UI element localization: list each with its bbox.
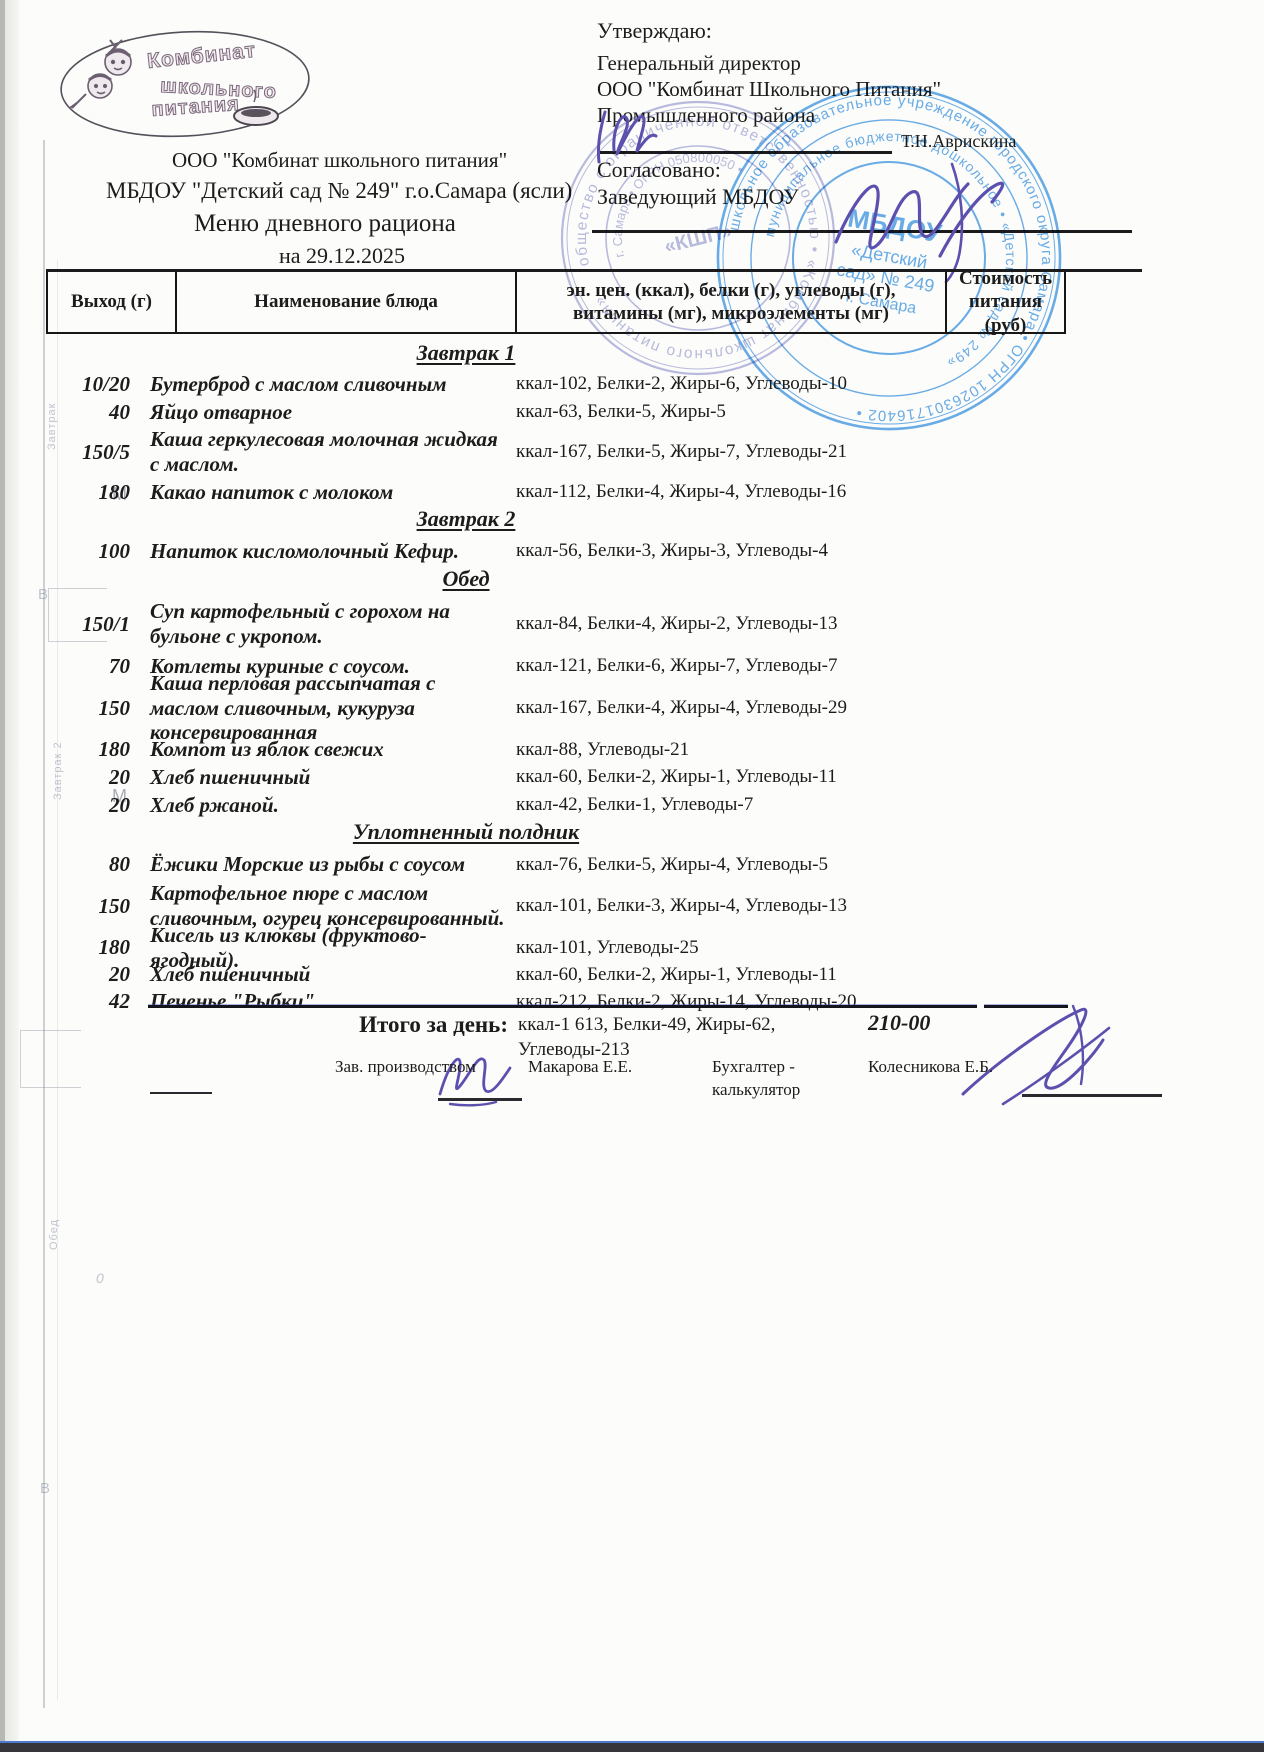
dish-weight: 42 <box>46 989 146 1014</box>
dish-nutrition: ккал-101, Белки-3, Жиры-4, Углеводы-13 <box>506 895 946 917</box>
footer-blank-line <box>150 1092 212 1094</box>
document-title: Меню дневного рациона <box>194 210 456 238</box>
dish-weight: 150 <box>46 894 146 919</box>
daily-total-label: Итого за день: <box>46 1012 508 1038</box>
dish-weight: 180 <box>46 737 146 762</box>
dish-weight: 40 <box>46 400 146 425</box>
dish-nutrition: ккал-88, Углеводы-21 <box>506 739 946 761</box>
dish-nutrition: ккал-167, Белки-4, Жиры-4, Углеводы-29 <box>506 697 946 719</box>
dish-nutrition: ккал-121, Белки-6, Жиры-7, Углеводы-7 <box>506 655 946 677</box>
dish-nutrition: ккал-101, Углеводы-25 <box>506 937 946 959</box>
section-title-lunch: Обед <box>46 566 886 596</box>
dish-weight: 20 <box>46 962 146 987</box>
signature-director <box>592 104 672 168</box>
scan-artifact: В <box>40 1480 50 1497</box>
dish-nutrition: ккал-60, Белки-2, Жиры-1, Углеводы-11 <box>506 766 946 788</box>
dish-name: Печенье "Рыбки" <box>146 989 506 1014</box>
dish-name: Компот из яблок свежих <box>146 737 506 762</box>
dish-weight: 20 <box>46 793 146 818</box>
dish-name: Яйцо отварное <box>146 400 506 425</box>
menu-table-header: Выход (г) Наименование блюда эн. цен. (к… <box>46 272 1066 334</box>
menu-row: 10/20 Бутерброд с маслом сливочным ккал-… <box>46 370 1066 398</box>
footer-right-name: Колесникова Е.Б. <box>868 1057 993 1077</box>
dish-weight: 80 <box>46 852 146 877</box>
dish-weight: 150/5 <box>46 440 146 465</box>
approve-label: Утверждаю: <box>597 18 712 44</box>
dish-nutrition: ккал-102, Белки-2, Жиры-6, Углеводы-10 <box>506 373 946 395</box>
col-header-dish: Наименование блюда <box>177 272 517 332</box>
menu-date: на 29.12.2025 <box>279 243 405 269</box>
total-separator-line-cost <box>984 1005 1068 1008</box>
company-logo: Комбинат школьного питания <box>56 28 314 140</box>
footer-right-role-line: Бухгалтер - <box>712 1055 800 1078</box>
dish-nutrition: ккал-56, Белки-3, Жиры-3, Углеводы-4 <box>506 540 946 562</box>
scan-edge-bottom <box>0 1741 1264 1752</box>
footer-right-role: Бухгалтер - калькулятор <box>712 1055 800 1101</box>
dish-nutrition: ккал-112, Белки-4, Жиры-4, Углеводы-16 <box>506 481 946 503</box>
scanned-menu-page: Завтрак Завтрак 2 Обед М М В В 0 Комбина… <box>0 0 1264 1752</box>
footer-left-name: Макарова Е.Е. <box>528 1057 632 1077</box>
daily-total-cost: 210-00 <box>868 1010 930 1036</box>
menu-row: 150 Каша перловая рассыпчатая с маслом с… <box>46 680 1066 736</box>
dish-nutrition: ккал-167, Белки-5, Жиры-7, Углеводы-21 <box>506 441 946 463</box>
dish-nutrition: ккал-84, Белки-4, Жиры-2, Углеводы-13 <box>506 613 946 635</box>
scan-artifact: Обед <box>48 1219 60 1250</box>
dish-name: Напиток кисломолочный Кефир. <box>146 539 506 564</box>
total-separator-line <box>148 1005 977 1008</box>
dish-name: Бутерброд с маслом сливочным <box>146 372 506 397</box>
menu-row: 20 Хлеб пшеничный ккал-60, Белки-2, Жиры… <box>46 763 1066 791</box>
col-header-nutrition: эн. цен. (ккал), белки (г), углеводы (г)… <box>517 272 947 332</box>
dish-name: Хлеб пшеничный <box>146 765 506 790</box>
menu-row: 20 Хлеб ржаной. ккал-42, Белки-1, Углево… <box>46 791 1066 819</box>
dish-weight: 150/1 <box>46 612 146 637</box>
dish-weight: 20 <box>46 765 146 790</box>
footer-left-signature-line <box>438 1098 522 1101</box>
col-header-weight: Выход (г) <box>48 272 177 332</box>
dish-weight: 150 <box>46 696 146 721</box>
dish-name: Ёжики Морские из рыбы с соусом <box>146 852 506 877</box>
menu-row: 150/1 Суп картофельный с горохом на буль… <box>46 596 1066 652</box>
daily-total-nutrition-line: ккал-1 613, Белки-49, Жиры-62, <box>518 1012 878 1037</box>
daily-total-nutrition: ккал-1 613, Белки-49, Жиры-62, Углеводы-… <box>508 1012 878 1062</box>
footer-left-role: Зав. производством <box>335 1057 476 1077</box>
dish-nutrition: ккал-63, Белки-5, Жиры-5 <box>506 401 946 423</box>
dish-weight: 180 <box>46 935 146 960</box>
dish-name: Хлеб пшеничный <box>146 962 506 987</box>
svg-text:Комбинат: Комбинат <box>146 39 257 73</box>
menu-body: Завтрак 1 10/20 Бутерброд с маслом сливо… <box>46 340 1066 1015</box>
dish-name: Каша геркулесовая молочная жидкая с масл… <box>146 427 506 477</box>
scan-fold-line <box>43 140 45 1708</box>
col-header-cost: Стоимость питания (руб) <box>947 272 1064 332</box>
section-title-breakfast2: Завтрак 2 <box>46 506 886 536</box>
section-title-breakfast1: Завтрак 1 <box>46 340 886 370</box>
menu-row: 180 Кисель из клюквы (фруктово-ягодный).… <box>46 934 1066 961</box>
menu-row: 100 Напиток кисломолочный Кефир. ккал-56… <box>46 536 1066 566</box>
dish-nutrition: ккал-42, Белки-1, Углеводы-7 <box>506 794 946 816</box>
menu-row: 150/5 Каша геркулесовая молочная жидкая … <box>46 426 1066 478</box>
dish-name: Хлеб ржаной. <box>146 793 506 818</box>
dish-name: Суп картофельный с горохом на бульоне с … <box>146 599 506 649</box>
dish-nutrition: ккал-60, Белки-2, Жиры-1, Углеводы-11 <box>506 964 946 986</box>
menu-row: 80 Ёжики Морские из рыбы с соусом ккал-7… <box>46 851 1066 878</box>
org-name-line2: МБДОУ "Детский сад № 249" г.о.Самара (яс… <box>106 178 572 204</box>
scan-edge-left-soft <box>5 0 19 1752</box>
menu-row: 20 Хлеб пшеничный ккал-60, Белки-2, Жиры… <box>46 961 1066 988</box>
scan-artifact: 0 <box>96 1270 104 1286</box>
dish-weight: 100 <box>46 539 146 564</box>
dish-weight: 10/20 <box>46 372 146 397</box>
menu-row: 180 Компот из яблок свежих ккал-88, Угле… <box>46 736 1066 763</box>
dish-weight: 70 <box>46 654 146 679</box>
menu-row: 180 Какао напиток с молоком ккал-112, Бе… <box>46 478 1066 506</box>
footer-right-role-line: калькулятор <box>712 1078 800 1101</box>
dish-nutrition: ккал-76, Белки-5, Жиры-4, Углеводы-5 <box>506 854 946 876</box>
menu-row: 40 Яйцо отварное ккал-63, Белки-5, Жиры-… <box>46 398 1066 426</box>
dish-name: Каша перловая рассыпчатая с маслом сливо… <box>146 671 506 745</box>
footer-right-signature-line <box>1022 1094 1162 1097</box>
org-name-line1: ООО "Комбинат школьного питания" <box>172 148 507 173</box>
dish-weight: 180 <box>46 480 146 505</box>
dish-name: Какао напиток с молоком <box>146 480 506 505</box>
section-title-poldnik: Уплотненный полдник <box>46 819 886 851</box>
